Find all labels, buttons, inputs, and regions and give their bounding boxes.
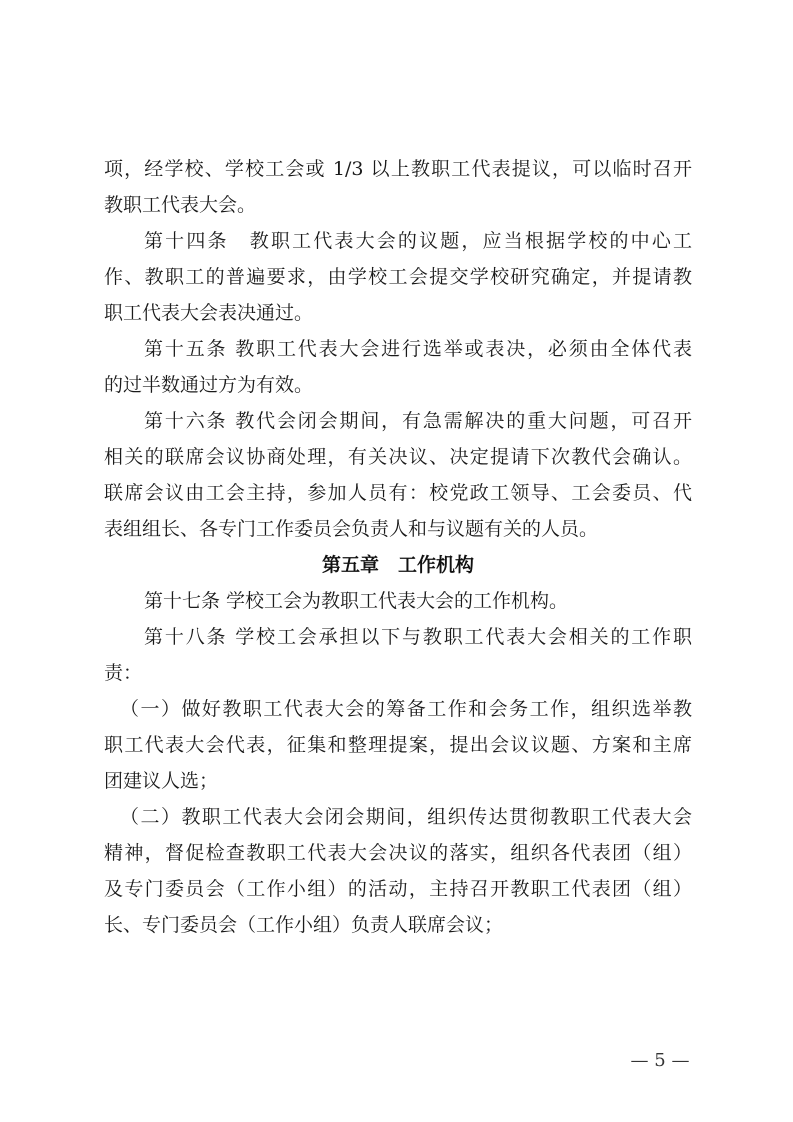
item-1-line: 团建议人选；	[104, 763, 692, 799]
article-14-line: 职工代表大会表决通过。	[104, 295, 692, 331]
item-1-line: （一）做好教职工代表大会的筹备工作和会务工作，组织选举教	[104, 691, 692, 727]
item-1-line: 职工代表大会代表，征集和整理提案，提出会议议题、方案和主席	[104, 727, 692, 763]
page-number: — 5 —	[620, 1050, 700, 1071]
article-18-line: 责：	[104, 655, 692, 691]
article-16-line: 联席会议由工会主持，参加人员有：校党政工领导、工会委员、代	[104, 475, 692, 511]
document-body: 项，经学校、学校工会或 1/3 以上教职工代表提议，可以临时召开 教职工代表大会…	[104, 151, 692, 943]
article-16-line: 相关的联席会议协商处理，有关决议、决定提请下次教代会确认。	[104, 439, 692, 475]
article-16-line: 表组组长、各专门工作委员会负责人和与议题有关的人员。	[104, 511, 692, 547]
article-18-line: 第十八条 学校工会承担以下与教职工代表大会相关的工作职	[104, 619, 692, 655]
chapter-heading: 第五章 工作机构	[104, 547, 692, 583]
article-15-line: 的过半数通过方为有效。	[104, 367, 692, 403]
item-2-line: 及专门委员会（工作小组）的活动，主持召开教职工代表团（组）	[104, 871, 692, 907]
article-16-line: 第十六条 教代会闭会期间，有急需解决的重大问题，可召开	[104, 403, 692, 439]
item-2-line: 精神，督促检查教职工代表大会决议的落实，组织各代表团（组）	[104, 835, 692, 871]
article-14-line: 作、教职工的普遍要求，由学校工会提交学校研究确定，并提请教	[104, 259, 692, 295]
item-2-line: （二）教职工代表大会闭会期间，组织传达贯彻教职工代表大会	[104, 799, 692, 835]
paragraph-line: 教职工代表大会。	[104, 187, 692, 223]
article-14-line: 第十四条 教职工代表大会的议题，应当根据学校的中心工	[104, 223, 692, 259]
item-2-line: 长、专门委员会（工作小组）负责人联席会议；	[104, 907, 692, 943]
document-page: 项，经学校、学校工会或 1/3 以上教职工代表提议，可以临时召开 教职工代表大会…	[0, 0, 793, 1122]
article-17-line: 第十七条 学校工会为教职工代表大会的工作机构。	[104, 583, 692, 619]
paragraph-line: 项，经学校、学校工会或 1/3 以上教职工代表提议，可以临时召开	[104, 151, 692, 187]
article-15-line: 第十五条 教职工代表大会进行选举或表决，必须由全体代表	[104, 331, 692, 367]
